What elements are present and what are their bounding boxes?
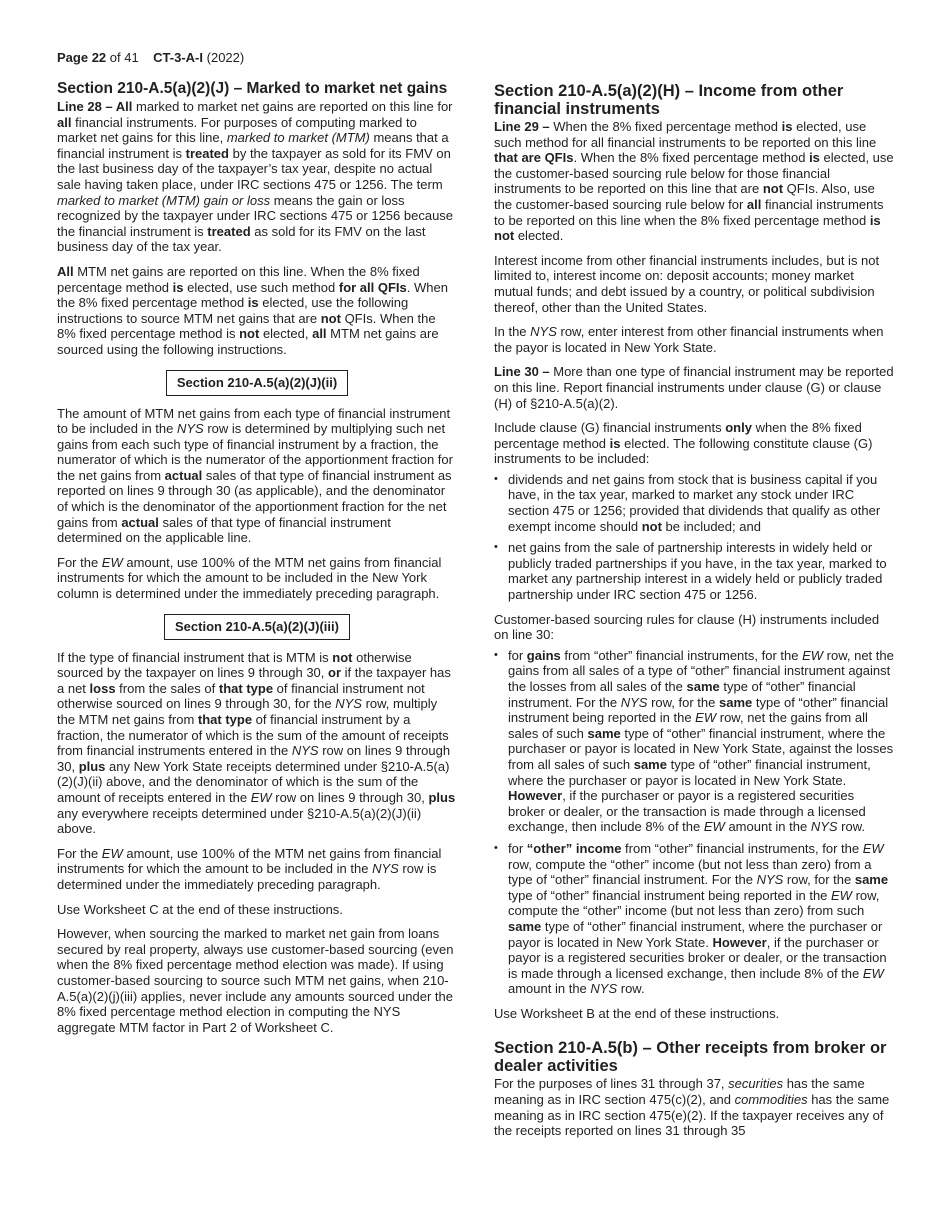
section-j-ii-box-wrap: Section 210-A.5(a)(2)(J)(ii) bbox=[57, 370, 457, 396]
clause-h-list: for gains from “other” financial instrum… bbox=[494, 648, 894, 997]
page-total: of 41 bbox=[110, 50, 139, 65]
form-id: CT-3-A-I bbox=[153, 50, 203, 65]
all-mtm-paragraph: All MTM net gains are reported on this l… bbox=[57, 264, 457, 358]
line-28-paragraph: Line 28 – All marked to market net gains… bbox=[57, 99, 457, 255]
page-header: Page 22 of 41 CT-3-A-I (2022) bbox=[57, 50, 244, 66]
j-ii-paragraph-1: The amount of MTM net gains from each ty… bbox=[57, 406, 457, 546]
section-b-paragraph: For the purposes of lines 31 through 37,… bbox=[494, 1076, 894, 1138]
section-j-iii-box-title: Section 210-A.5(a)(2)(J)(iii) bbox=[164, 614, 350, 640]
j-iii-paragraph-1: If the type of financial instrument that… bbox=[57, 650, 457, 837]
j-iii-paragraph-2: For the EW amount, use 100% of the MTM n… bbox=[57, 846, 457, 893]
clause-g-intro: Include clause (G) financial instruments… bbox=[494, 420, 894, 467]
page-label: Page bbox=[57, 50, 88, 65]
j-iii-paragraph-4: However, when sourcing the marked to mar… bbox=[57, 926, 457, 1035]
clause-g-list: dividends and net gains from stock that … bbox=[494, 472, 894, 603]
page-number: 22 bbox=[92, 50, 106, 65]
j-ii-paragraph-2: For the EW amount, use 100% of the MTM n… bbox=[57, 555, 457, 602]
left-column: Section 210-A.5(a)(2)(J) – Marked to mar… bbox=[57, 80, 457, 1044]
section-j-iii-box-wrap: Section 210-A.5(a)(2)(J)(iii) bbox=[57, 614, 457, 640]
right-column: Section 210-A.5(a)(2)(H) – Income from o… bbox=[494, 82, 894, 1148]
line-29-paragraph: Line 29 – When the 8% fixed percentage m… bbox=[494, 119, 894, 244]
line-30-paragraph: Line 30 – More than one type of financia… bbox=[494, 364, 894, 411]
clause-g-item: dividends and net gains from stock that … bbox=[494, 472, 894, 534]
nys-row-paragraph: In the NYS row, enter interest from othe… bbox=[494, 324, 894, 355]
clause-h-intro: Customer-based sourcing rules for clause… bbox=[494, 612, 894, 643]
section-h-heading: Section 210-A.5(a)(2)(H) – Income from o… bbox=[494, 82, 894, 118]
section-b-heading: Section 210-A.5(b) – Other receipts from… bbox=[494, 1039, 894, 1075]
clause-g-item: net gains from the sale of partnership i… bbox=[494, 540, 894, 602]
section-j-heading: Section 210-A.5(a)(2)(J) – Marked to mar… bbox=[57, 80, 457, 98]
worksheet-c-note: Use Worksheet C at the end of these inst… bbox=[57, 902, 457, 918]
form-year: (2022) bbox=[207, 50, 245, 65]
clause-h-item: for gains from “other” financial instrum… bbox=[494, 648, 894, 835]
clause-h-item: for “other” income from “other” financia… bbox=[494, 841, 894, 997]
section-j-ii-box-title: Section 210-A.5(a)(2)(J)(ii) bbox=[166, 370, 348, 396]
interest-income-paragraph: Interest income from other financial ins… bbox=[494, 253, 894, 315]
worksheet-b-note: Use Worksheet B at the end of these inst… bbox=[494, 1006, 894, 1022]
